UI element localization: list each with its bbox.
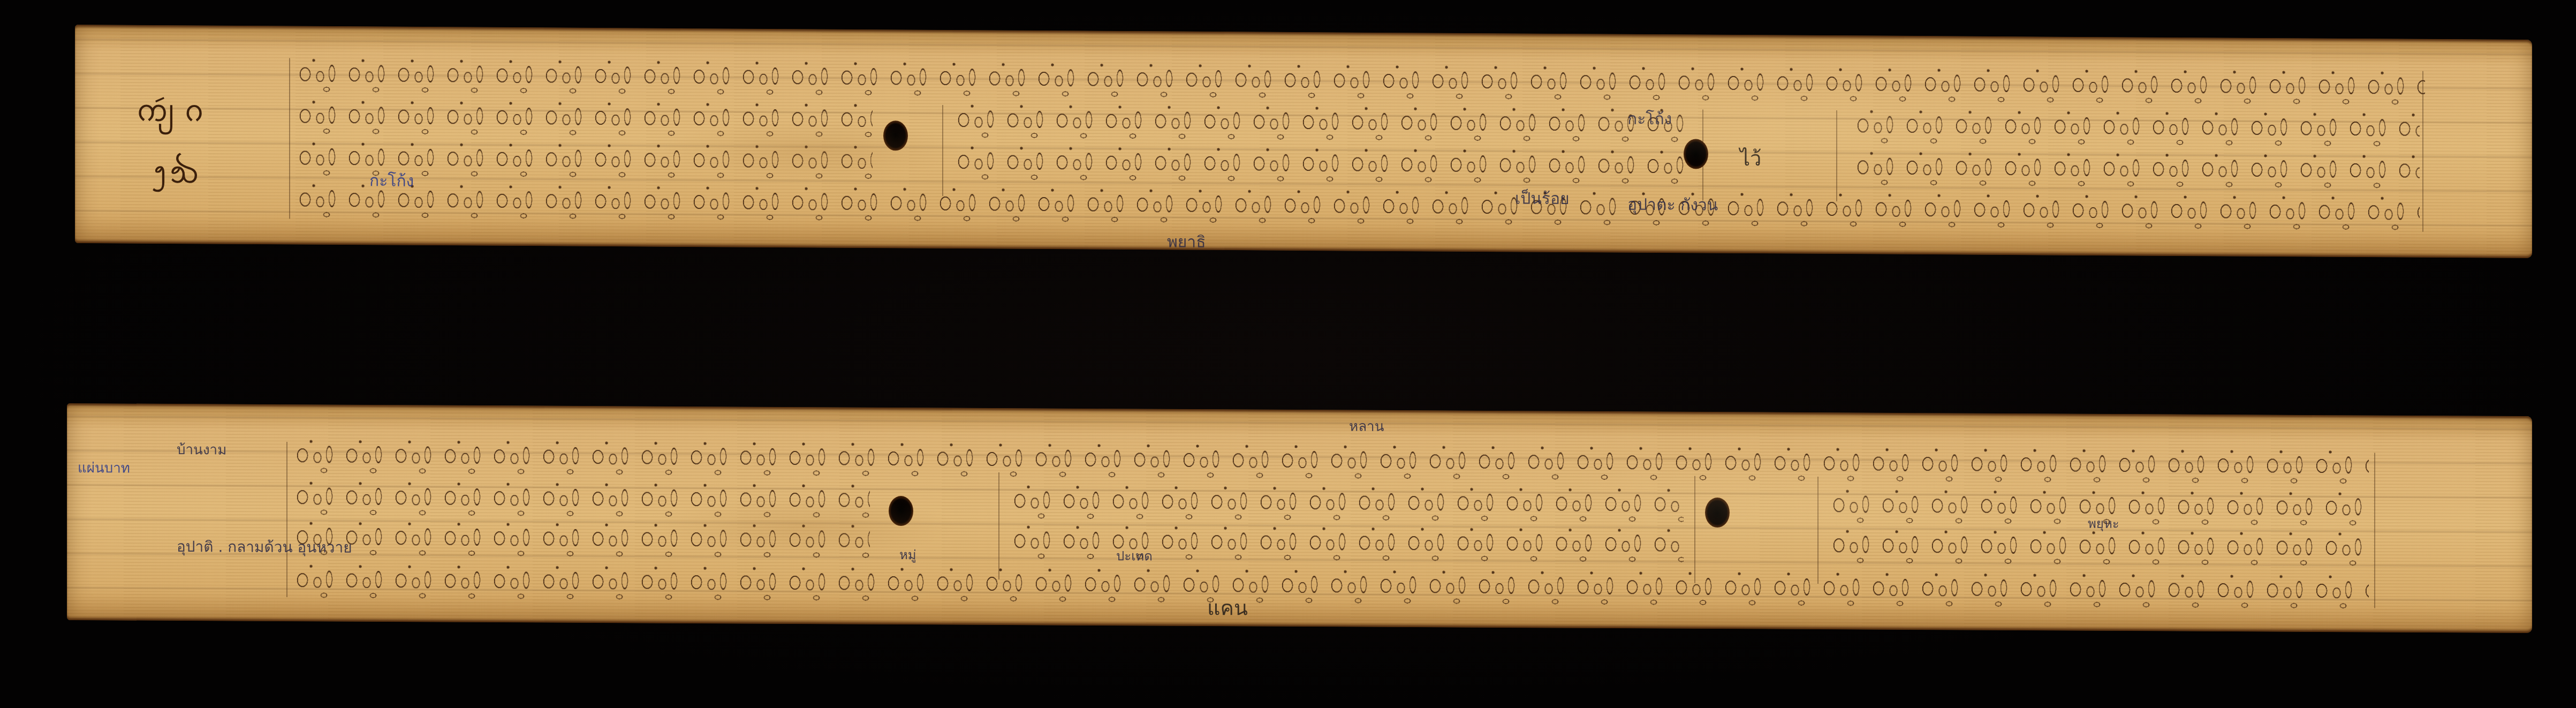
annotation-gloss: อุปาตะ กังวน xyxy=(1627,192,1718,218)
annotation-gloss: หลาน xyxy=(1349,415,1384,437)
annotation-gloss: แผ่นบาท xyxy=(78,457,130,479)
string-hole-left xyxy=(889,496,913,526)
string-hole-right xyxy=(1705,498,1730,528)
annotation-gloss: อุปาติ . กลามด้วน อุนหวาย xyxy=(177,535,352,560)
manuscript-viewer: ᨠᩢ᩠ᨿ ᨣ ᪂᪓ xyxy=(0,0,2576,708)
annotation-gloss: แคน xyxy=(1207,591,1248,624)
palm-leaf-folio-top: ᨠᩢ᩠ᨿ ᨣ ᪂᪓ xyxy=(75,25,2532,258)
annotation-gloss: บ้านงาม xyxy=(177,439,226,461)
text-line-4 xyxy=(292,553,2369,613)
leaf-margin-label: ᨠᩢ᩠ᨿ ᨣ xyxy=(137,89,204,138)
annotation-gloss: พยุหะ xyxy=(2088,513,2119,534)
annotation-gloss: พยาธิ xyxy=(1167,229,1206,254)
handwritten-script xyxy=(292,563,2369,611)
string-hole-left xyxy=(883,120,908,150)
annotation-gloss: ปะเทด xyxy=(1116,545,1153,566)
annotation-gloss: ไว้ xyxy=(1740,142,1761,175)
margin-rule xyxy=(286,442,287,597)
annotation-gloss: หมู่ xyxy=(899,544,916,565)
annotation-gloss: เป็นร้อย xyxy=(1515,186,1570,212)
leaf-number: ᪂᪓ xyxy=(153,151,200,199)
annotation-gloss: กะโถ้ง xyxy=(1627,107,1672,132)
margin-rule xyxy=(289,58,290,219)
palm-leaf-folio-bottom: บ้านงาม แผ่นบาท อุปาติ . กลามด้วน อุนหวา… xyxy=(67,403,2532,633)
annotation-gloss: กะโก้ง xyxy=(369,168,414,194)
margin-rule xyxy=(2374,453,2375,608)
handwritten-script xyxy=(294,182,2420,232)
